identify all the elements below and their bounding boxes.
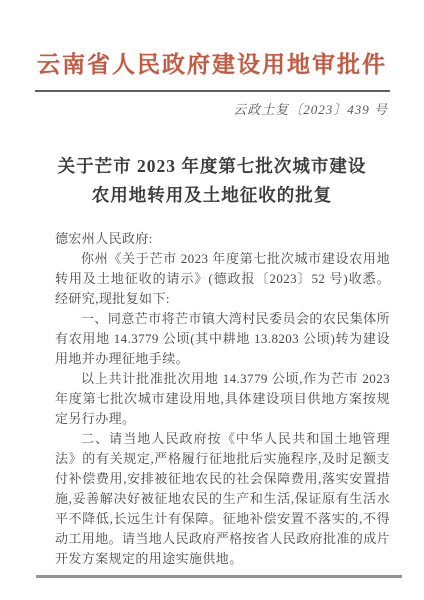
header-divider-rule: [35, 90, 390, 92]
paragraph-total: 以上共计批准批次用地 14.3779 公顷,作为芒市 2023 年度第七批次城市…: [55, 369, 390, 429]
document-title-line1: 关于芒市 2023 年度第七批次城市建设: [0, 152, 424, 181]
document-body: 德宏州人民政府: 你州《关于芒市 2023 年度第七批次城市建设农用地转用及土地…: [55, 229, 390, 569]
document-page: 云南省人民政府建设用地审批件 云政土复〔2023〕439 号 关于芒市 2023…: [0, 0, 424, 600]
paragraph-item-2: 二、请当地人民政府按《中华人民共和国土地管理法》的有关规定,严格履行征地批后实施…: [55, 429, 390, 569]
paragraph-item-1: 一、同意芒市将芒市镇大湾村民委员会的农民集体所有农用地 14.3779 公顷(其…: [55, 309, 390, 369]
document-title-line2: 农用地转用及土地征收的批复: [0, 181, 424, 210]
footer-divider-rule: [36, 575, 402, 578]
salutation: 德宏州人民政府:: [55, 229, 390, 249]
paragraph-intro: 你州《关于芒市 2023 年度第七批次城市建设农用地转用及土地征收的请示》(德政…: [55, 249, 390, 309]
document-header-title: 云南省人民政府建设用地审批件: [0, 0, 424, 79]
document-number: 云政土复〔2023〕439 号: [0, 99, 388, 118]
document-title: 关于芒市 2023 年度第七批次城市建设 农用地转用及土地征收的批复: [0, 152, 424, 210]
